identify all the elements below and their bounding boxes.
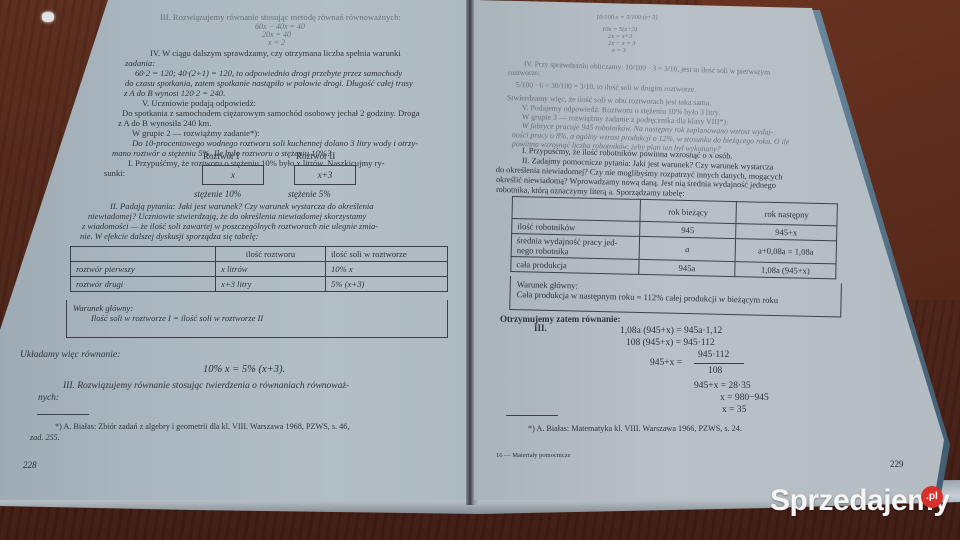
table-cell: x+3 litry [216,277,326,292]
footnote: *) A. Białas: Matematyka kl. VIII. Warsz… [528,423,742,434]
solution-1-label: Roztwór I [203,151,239,161]
solution-2-concentration: stężenie 5% [288,189,331,199]
footnote: zad. 255. [30,432,60,443]
equation-line: 2x = x+3 [608,33,632,40]
table-header-cell: rok bieżący [640,199,736,223]
paragraph-ii: nie. W efekcie dalszej dyskusji sporządz… [80,231,259,242]
table-glint [42,12,54,22]
table-row: roztwór pierwszy x litrów 10% x [71,262,448,277]
equation-line: x = 3 [612,47,626,54]
table-cell: średnia wydajność pracy jed-nego robotni… [511,234,639,260]
solution-2-box: x+3 [294,165,356,185]
footnote-rule [37,414,89,415]
fraction-bar [694,363,744,364]
solution-step: 1,08a (945+x) = 945a·1,12 [620,326,722,336]
footnote-rule [506,415,558,416]
solution-step: 108 (945+x) = 945·112 [626,338,715,348]
table-header-cell: rok następny [736,202,837,226]
solution-2-label: Roztwór II [296,151,335,161]
watermark-badge: .pl [921,486,943,508]
table-cell: a+0,08a = 1,08a [735,239,836,264]
page-number: 229 [890,459,904,469]
main-equation: 10% x = 5% (x+3). [203,364,285,375]
condition-label: Warunek główny: [73,303,441,313]
table-cell: 945a [639,259,735,276]
paragraph-iii: III. Rozwiązujemy równanie stosując twie… [63,381,349,392]
fraction-numerator: 945·112 [698,350,729,360]
footnote: *) A. Białas: Zbiór zadań z algebry i ge… [55,421,349,432]
table-cell: cała produkcja [511,256,639,274]
equation-intro: Układamy więc równanie: [20,350,120,361]
paragraph-iii: nych: [38,393,59,404]
step-iii-label: III. [534,323,547,334]
paragraph-iv: IV. W ciągu dalszym sprawdzamy, czy otrz… [150,48,401,59]
equation-intro: Otrzymujemy zatem równanie: [500,314,620,325]
table-cell: a [639,236,735,261]
table-cell: x litrów [216,262,326,277]
solution-1-box: x [202,165,264,185]
table-header-cell: ilość roztworu [216,247,326,262]
paragraph-iv: roztworze; [508,67,540,78]
paragraph-iv: IV. Przy sprawdzaniu obliczamy: 10/100 ·… [524,58,770,78]
solution-step: x = 35 [722,405,746,415]
table-cell: roztwór drugi [71,277,216,292]
paragraph-i: sunki: [104,168,125,179]
condition-text: Ilość soli w roztworze I = ilość soli w … [73,313,441,323]
page-number: 228 [23,460,37,470]
table-header-cell [71,247,216,262]
fraction-denominator: 108 [708,366,722,376]
signature-line: 16 — Materiały pomocnicze [496,450,571,461]
equation-line: x = 2 [268,38,285,47]
equation-line: 10/100·x = 5/100·(x+3) [596,14,657,21]
salt-solution-table: ilość roztworu ilość soli w roztworze ro… [70,246,448,292]
table-row: roztwór drugi x+3 litry 5% (x+3) [71,277,448,292]
table-cell: roztwór pierwszy [71,262,216,277]
table-cell: 5% (x+3) [326,277,448,292]
workers-table: rok bieżący rok następny ilość robotnikó… [510,196,838,279]
fraction-lhs: 945+x = [650,358,682,368]
solution-step: 945+x = 28·35 [694,381,751,391]
table-header-cell: ilość soli w roztworze [326,247,448,262]
equation-line: 2x − x = 3 [608,40,636,47]
solution-step: x = 980−945 [720,393,769,403]
solution-1-concentration: stężenie 10% [194,189,241,199]
main-condition-box: Warunek główny: Cała produkcja w następn… [509,276,842,318]
equation-line: 10x = 5(x+3) [602,26,637,33]
table-cell: 10% x [326,262,448,277]
table-cell: 1,08a (945+x) [735,262,836,279]
main-condition-box: Warunek główny: Ilość soli w roztworze I… [66,300,448,338]
table-header-row: ilość roztworu ilość soli w roztworze [71,247,448,262]
table-header-cell [512,197,640,222]
